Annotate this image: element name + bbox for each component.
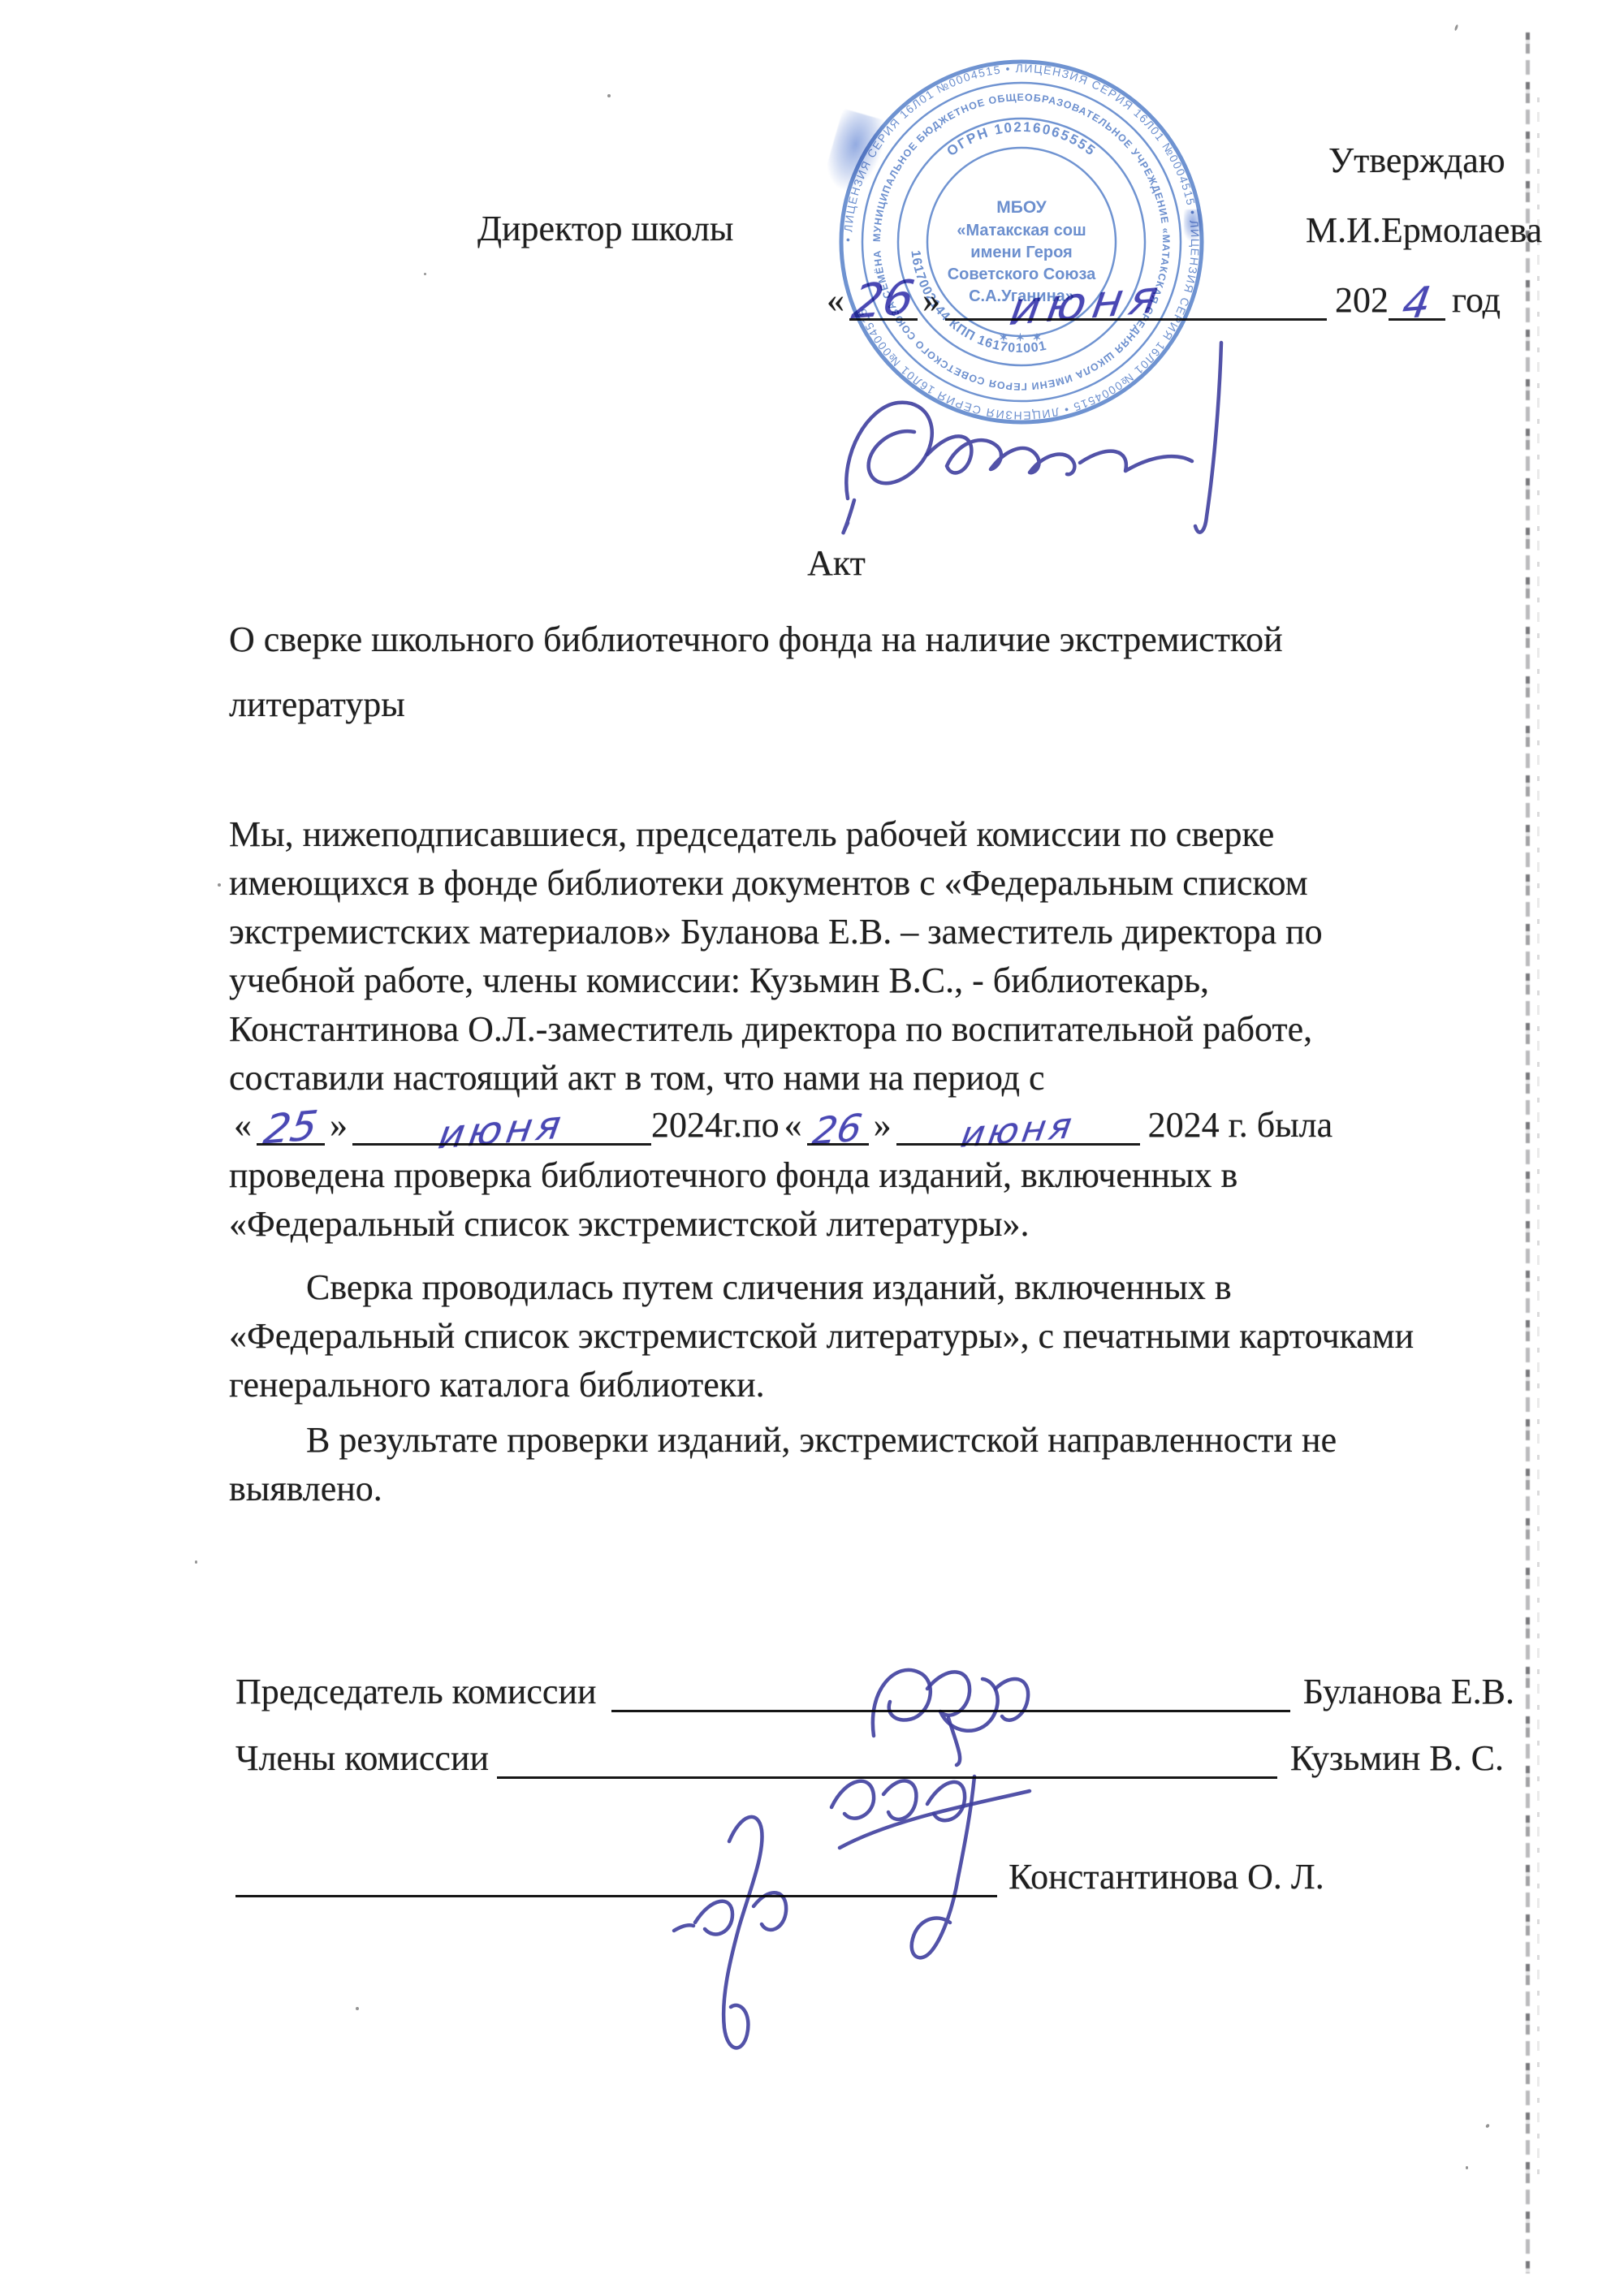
svg-text:С.А.Уганина»: С.А.Уганина» xyxy=(969,287,1074,305)
signature-name: Константинова О. Л. xyxy=(1009,1856,1324,1897)
scan-streak-artifact xyxy=(1526,32,1530,2273)
text-line: Константинова О.Л.-заместитель директора… xyxy=(229,1005,1323,1054)
text-line: выявлено. xyxy=(229,1465,1337,1513)
signature-role: Члены комиссии xyxy=(235,1737,489,1779)
text-line: литературы xyxy=(229,672,1283,737)
scan-speck xyxy=(356,2007,359,2010)
body-paragraph-3: В результате проверки изданий, экстремис… xyxy=(229,1416,1337,1513)
period-tail-text: 2024 г. была xyxy=(1140,1104,1333,1146)
day2-blank: 26 xyxy=(807,1096,869,1146)
stamp-ogrn-ring: ОГРН 10216065555 xyxy=(944,119,1099,159)
text-line: Сверка проводилась путем сличения издани… xyxy=(229,1263,1414,1312)
text-line: генерального каталога библиотеки. xyxy=(229,1361,1414,1409)
scan-speck xyxy=(1466,2166,1468,2169)
approve-label: Утверждаю xyxy=(1328,140,1505,181)
scan-speck xyxy=(1485,2123,1490,2128)
text-line: «Федеральный список экстремистской литер… xyxy=(229,1312,1414,1361)
text-line: экстремистских материалов» Буланова Е.В.… xyxy=(229,908,1323,956)
handwritten-month-1: июня xyxy=(436,1105,568,1154)
scan-speck xyxy=(424,273,426,275)
text-line: имеющихся в фонде библиотеки документов … xyxy=(229,859,1323,908)
text-line: Мы, нижеподписавшиеся, председатель рабо… xyxy=(229,810,1323,859)
body-paragraph-1-tail: проведена проверка библиотечного фонда и… xyxy=(229,1151,1237,1249)
signature-name: Буланова Е.В. xyxy=(1303,1671,1514,1712)
director-signature-scribble xyxy=(836,331,1307,575)
signature-name: Кузьмин В. С. xyxy=(1290,1737,1504,1779)
year-digit-blank: 4 xyxy=(1389,271,1445,321)
approver-name: М.И.Ермолаева xyxy=(1306,209,1542,251)
text-line: О сверке школьного библиотечного фонда н… xyxy=(229,607,1283,672)
document-title: Акт xyxy=(229,542,1444,584)
close-quote: » xyxy=(869,1104,896,1146)
handwritten-day-1: 25 xyxy=(261,1105,321,1150)
document-subtitle: О сверке школьного библиотечного фонда н… xyxy=(229,607,1283,737)
signature-role: Председатель комиссии xyxy=(235,1671,597,1712)
svg-text:Советского Союза: Советского Союза xyxy=(948,265,1096,283)
text-line: В результате проверки изданий, экстремис… xyxy=(229,1416,1337,1465)
body-paragraph-1: Мы, нижеподписавшиеся, председатель рабо… xyxy=(229,810,1323,1103)
text-line: «Федеральный список экстремистской литер… xyxy=(229,1200,1237,1249)
handwritten-month-2: июня xyxy=(958,1108,1077,1154)
scan-streak-artifact-faint xyxy=(1537,97,1540,2176)
director-label: Директор школы xyxy=(477,208,734,249)
scan-speck xyxy=(1454,24,1459,32)
handwritten-year-digit: 4 xyxy=(1400,282,1434,326)
period-middle-text: 2024г.по xyxy=(651,1104,780,1146)
close-quote: » xyxy=(325,1104,352,1146)
body-paragraph-2: Сверка проводилась путем сличения издани… xyxy=(229,1263,1414,1409)
day1-blank: 25 xyxy=(257,1096,325,1146)
scan-speck xyxy=(218,883,221,887)
scan-speck xyxy=(607,94,611,97)
svg-text:имени Героя: имени Героя xyxy=(970,244,1072,261)
scanned-document-page: Директор школы Утверждаю М.И.Ермолаева «… xyxy=(0,0,1624,2296)
svg-text:«Матакская сош: «Матакская сош xyxy=(957,222,1086,240)
period-fill-line: « 25 » июня 2024г.по « 26 » июня 2024 г.… xyxy=(229,1096,1332,1146)
month1-blank: июня xyxy=(352,1096,651,1146)
handwritten-day-2: 26 xyxy=(810,1109,865,1150)
scan-speck xyxy=(195,1560,197,1564)
text-line: проведена проверка библиотечного фонда и… xyxy=(229,1151,1237,1200)
open-quote: « xyxy=(780,1104,807,1146)
year-printed: 202 xyxy=(1327,279,1389,321)
signature-scribble-konstantinova xyxy=(650,1791,853,2075)
text-line: составили настоящий акт в том, что нами … xyxy=(229,1054,1323,1103)
year-label: год xyxy=(1445,279,1501,321)
svg-text:МБОУ: МБОУ xyxy=(996,198,1047,217)
open-quote: « xyxy=(229,1104,257,1146)
month2-blank: июня xyxy=(896,1096,1140,1146)
text-line: учебной работе, члены комиссии: Кузьмин … xyxy=(229,956,1323,1005)
